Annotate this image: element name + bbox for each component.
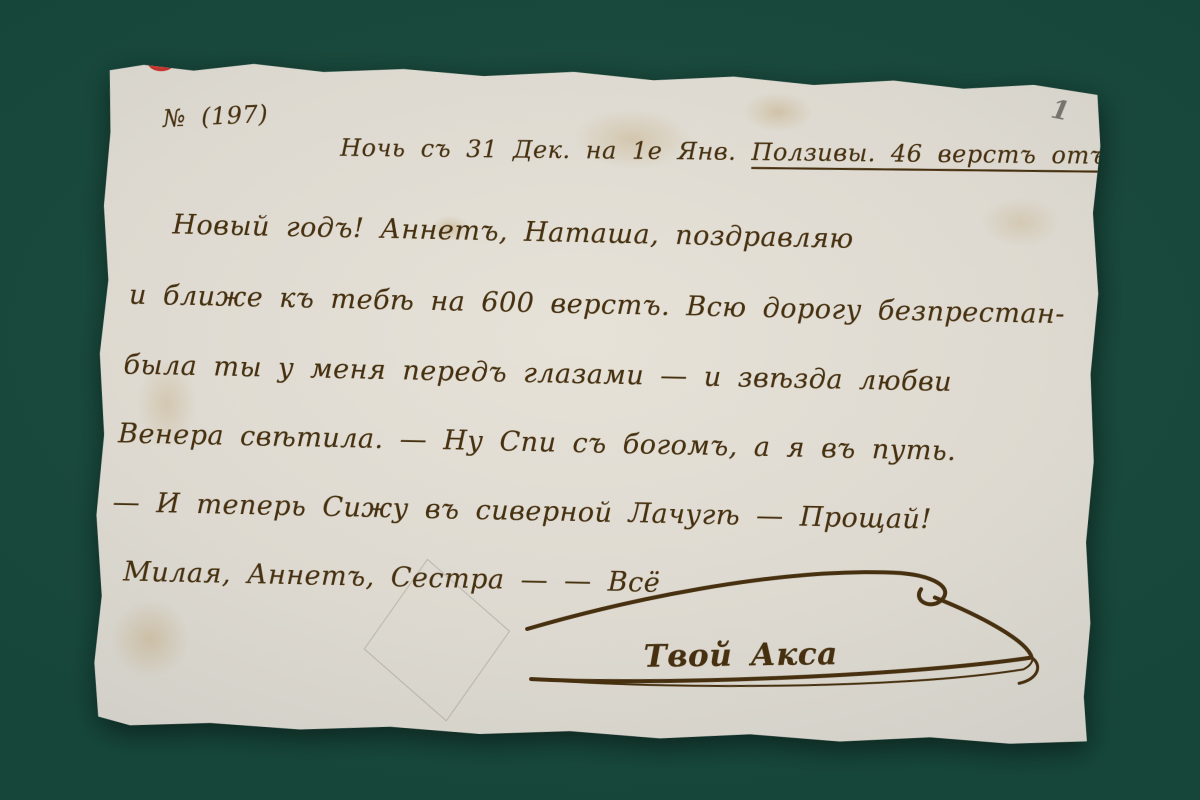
letter-line: Венера свѣтила. — Ну Спи съ богомъ, а я … (118, 418, 957, 467)
dateline-heading: Ночь съ 31 Дек. на 1е Янв. Ползивы. 46 в… (340, 134, 1200, 171)
dateline-place-distance: Ползивы. 46 верстъ отъ Нѣжина (751, 138, 1200, 171)
dateline-date: Ночь съ 31 Дек. на 1е Янв. (340, 134, 736, 166)
paper-stain (980, 196, 1061, 248)
letter-paper-wrapper: № (197) 1 Ночь съ 31 Дек. на 1е Янв. Пол… (90, 58, 1104, 751)
letter-paper: № (197) 1 Ночь съ 31 Дек. на 1е Янв. Пол… (90, 58, 1104, 751)
letter-line: Новый годъ! Аннетъ, Наташа, поздравляю (172, 209, 854, 254)
signature: Твой Акса (643, 636, 838, 675)
letter-line: была ты у меня передъ глазами — и звѣзда… (123, 349, 952, 397)
archive-number: № (197) (162, 100, 269, 133)
paper-stain (743, 91, 814, 132)
paper-stain (109, 598, 191, 680)
letter-line: и ближе къ тебѣ на 600 верстъ. Всю дорог… (129, 280, 1066, 331)
letter-line: — И теперь Сижу въ сиверной Лачугѣ — Про… (112, 487, 932, 535)
letter-line: Милая, Аннетъ, Сестра — — Всё (123, 557, 661, 599)
photo-background: № (197) 1 Ночь съ 31 Дек. на 1е Янв. Пол… (0, 0, 1200, 800)
red-wax-spot (148, 55, 174, 72)
pencil-page-number: 1 (1048, 95, 1072, 128)
